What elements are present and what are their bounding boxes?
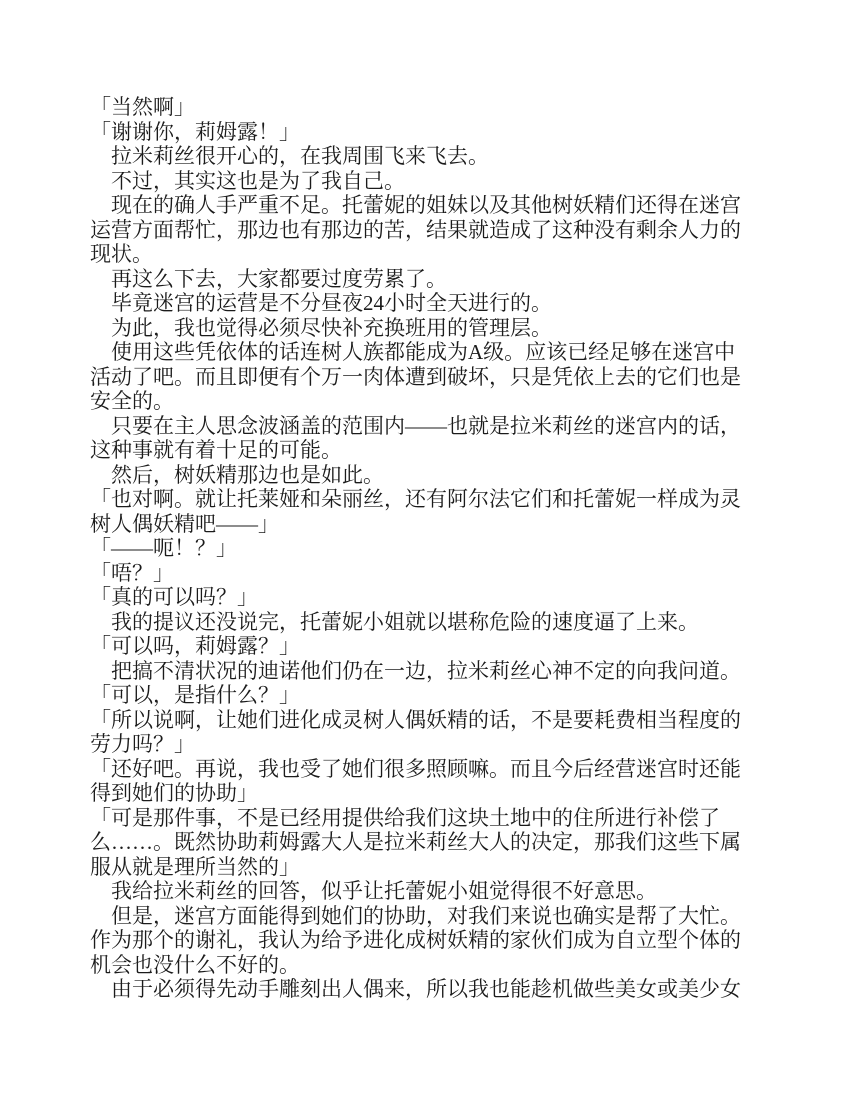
text-block: 「当然啊」「谢谢你，莉姆露！」 拉米莉丝很开心的，在我周围飞来飞去。 不过，其实…: [90, 95, 762, 1002]
text-line: 「还好吧。再说，我也受了她们很多照顾嘛。而且今后经营迷宫时还能: [90, 757, 762, 782]
text-line: 运营方面帮忙，那边也有那边的苦，结果就造成了这种没有剩余人力的: [90, 218, 762, 243]
text-line: 然后，树妖精那边也是如此。: [90, 463, 762, 488]
text-line: 树人偶妖精吧——」: [90, 512, 762, 537]
text-line: 「唔？」: [90, 561, 762, 586]
text-line: 毕竟迷宫的运营是不分昼夜24小时全天进行的。: [90, 291, 762, 316]
text-line: 再这么下去，大家都要过度劳累了。: [90, 267, 762, 292]
text-line: 「当然啊」: [90, 95, 762, 120]
text-line: 「所以说啊，让她们进化成灵树人偶妖精的话，不是要耗费相当程度的: [90, 708, 762, 733]
text-line: 「谢谢你，莉姆露！」: [90, 120, 762, 145]
text-line: 不过，其实这也是为了我自己。: [90, 169, 762, 194]
text-line: 安全的。: [90, 389, 762, 414]
text-line: 现在的确人手严重不足。托蕾妮的姐妹以及其他树妖精们还得在迷宫: [90, 193, 762, 218]
text-line: 得到她们的协助」: [90, 781, 762, 806]
text-line: 但是，迷宫方面能得到她们的协助，对我们来说也确实是帮了大忙。: [90, 904, 762, 929]
text-line: 我的提议还没说完，托蕾妮小姐就以堪称危险的速度逼了上来。: [90, 610, 762, 635]
text-line: 把搞不清状况的迪诺他们仍在一边，拉米莉丝心神不定的向我问道。: [90, 659, 762, 684]
text-line: 拉米莉丝很开心的，在我周围飞来飞去。: [90, 144, 762, 169]
text-line: 使用这些凭依体的话连树人族都能成为A级。应该已经足够在迷宫中: [90, 340, 762, 365]
text-line: 「可是那件事，不是已经用提供给我们这块土地中的住所进行补偿了: [90, 806, 762, 831]
text-line: 现状。: [90, 242, 762, 267]
document-page: 「当然啊」「谢谢你，莉姆露！」 拉米莉丝很开心的，在我周围飞来飞去。 不过，其实…: [0, 0, 850, 1100]
text-line: 我给拉米莉丝的回答，似乎让托蕾妮小姐觉得很不好意思。: [90, 879, 762, 904]
text-line: 为此，我也觉得必须尽快补充换班用的管理层。: [90, 316, 762, 341]
text-line: 只要在主人思念波涵盖的范围内——也就是拉米莉丝的迷宫内的话，: [90, 414, 762, 439]
text-line: 「可以，是指什么？」: [90, 683, 762, 708]
text-line: 劳力吗？」: [90, 732, 762, 757]
text-line: 作为那个的谢礼，我认为给予进化成树妖精的家伙们成为自立型个体的: [90, 928, 762, 953]
text-line: 「也对啊。就让托莱娅和朵丽丝，还有阿尔法它们和托蕾妮一样成为灵: [90, 487, 762, 512]
text-line: 「——呃！？」: [90, 536, 762, 561]
text-line: 活动了吧。而且即便有个万一肉体遭到破坏，只是凭依上去的它们也是: [90, 365, 762, 390]
text-line: 这种事就有着十足的可能。: [90, 438, 762, 463]
text-line: 「可以吗，莉姆露？」: [90, 634, 762, 659]
text-line: 么……。既然协助莉姆露大人是拉米莉丝大人的决定，那我们这些下属: [90, 830, 762, 855]
text-line: 「真的可以吗？」: [90, 585, 762, 610]
text-line: 由于必须得先动手雕刻出人偶来，所以我也能趁机做些美女或美少女: [90, 977, 762, 1002]
text-line: 服从就是理所当然的」: [90, 855, 762, 880]
text-line: 机会也没什么不好的。: [90, 953, 762, 978]
